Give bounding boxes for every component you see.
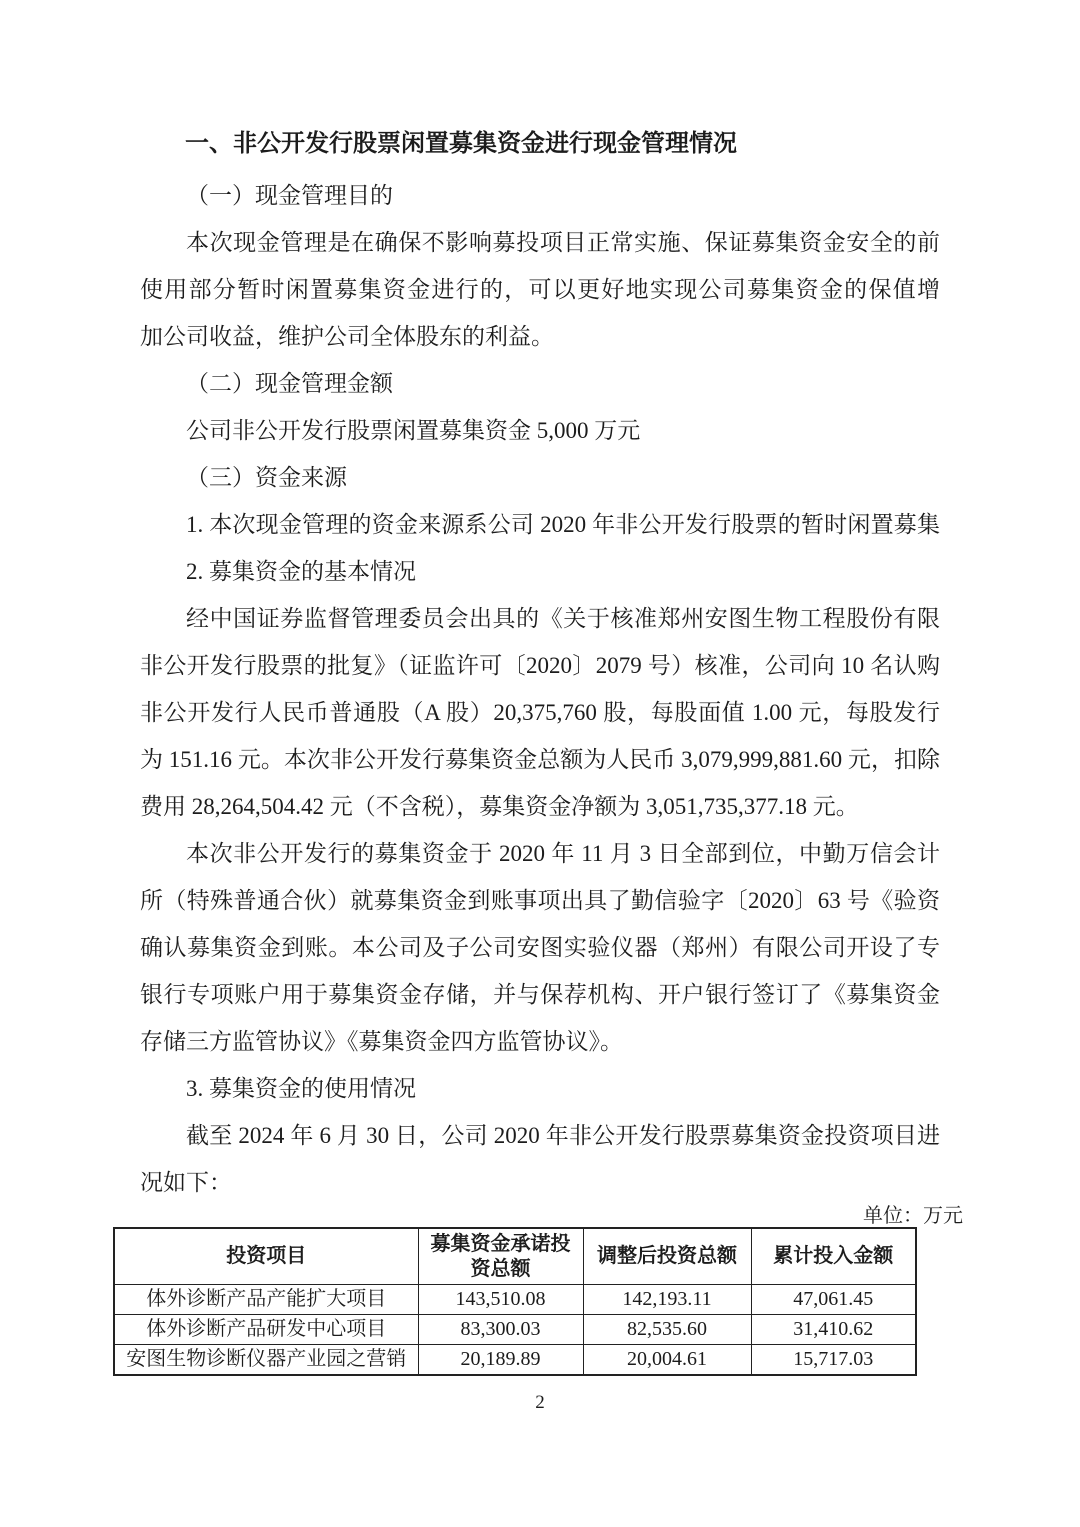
document-lines: （一）现金管理目的本次现金管理是在确保不影响募投项目正常实施、保证募集资金安全的… — [140, 172, 940, 1206]
table-cell: 15,717.03 — [751, 1345, 916, 1376]
body-line: （二）现金管理金额 — [140, 360, 940, 407]
table-row: 投资项目募集资金承诺投 资总额调整后投资总额累计投入金额 — [114, 1228, 916, 1285]
investment-progress-table: 投资项目募集资金承诺投 资总额调整后投资总额累计投入金额 体外诊断产品产能扩大项… — [113, 1227, 917, 1376]
body-line: 2. 募集资金的基本情况 — [140, 548, 940, 595]
table-cell: 体外诊断产品研发中心项目 — [114, 1315, 418, 1345]
page-number: 2 — [140, 1390, 940, 1416]
table-cell: 143,510.08 — [418, 1285, 583, 1315]
body-line: 存储三方监管协议》《募集资金四方监管协议》。 — [140, 1018, 940, 1065]
table-unit-label: 单位：万元 — [140, 1206, 963, 1227]
body-line: 银行专项账户用于募集资金存储，并与保荐机构、开户银行签订了《募集资金专户 — [140, 971, 940, 1018]
table-cell: 142,193.11 — [583, 1285, 751, 1315]
body-line: 本次现金管理是在确保不影响募投项目正常实施、保证募集资金安全的前提下 — [140, 219, 940, 266]
body-line: 公司非公开发行股票闲置募集资金 5,000 万元 — [140, 407, 940, 454]
table-cell: 安图生物诊断仪器产业园之营销 — [114, 1345, 418, 1376]
body-line: 使用部分暂时闲置募集资金进行的，可以更好地实现公司募集资金的保值增值，增 — [140, 266, 940, 313]
table-row: 体外诊断产品产能扩大项目143,510.08142,193.1147,061.4… — [114, 1285, 916, 1315]
body-line: （一）现金管理目的 — [140, 172, 940, 219]
table-header-cell: 募集资金承诺投 资总额 — [418, 1228, 583, 1285]
body-line: 为 151.16 元。本次非公开发行募集资金总额为人民币 3,079,999,8… — [140, 736, 940, 783]
body-line: 经中国证券监督管理委员会出具的《关于核准郑州安图生物工程股份有限公司 — [140, 595, 940, 642]
body-line: 非公开发行人民币普通股（A 股）20,375,760 股，每股面值 1.00 元… — [140, 689, 940, 736]
body-line: 1. 本次现金管理的资金来源系公司 2020 年非公开发行股票的暂时闲置募集资金… — [140, 501, 940, 548]
table-cell: 体外诊断产品产能扩大项目 — [114, 1285, 418, 1315]
table-cell: 20,004.61 — [583, 1345, 751, 1376]
table-cell: 82,535.60 — [583, 1315, 751, 1345]
table-header-cell: 累计投入金额 — [751, 1228, 916, 1285]
table-cell: 47,061.45 — [751, 1285, 916, 1315]
table-header-cell: 调整后投资总额 — [583, 1228, 751, 1285]
body-line: 3. 募集资金的使用情况 — [140, 1065, 940, 1112]
table-row: 体外诊断产品研发中心项目83,300.0382,535.6031,410.62 — [114, 1315, 916, 1345]
body-line: 况如下： — [140, 1159, 940, 1206]
body-line: 加公司收益，维护公司全体股东的利益。 — [140, 313, 940, 360]
body-line: 所（特殊普通合伙）就募集资金到账事项出具了勤信验字〔2020〕63 号《验资报告… — [140, 877, 940, 924]
body-line: 本次非公开发行的募集资金于 2020 年 11 月 3 日全部到位，中勤万信会计… — [140, 830, 940, 877]
table-header-cell: 投资项目 — [114, 1228, 418, 1285]
body-line: （三）资金来源 — [140, 454, 940, 501]
body-line: 非公开发行股票的批复》（证监许可〔2020〕2079 号）核准，公司向 10 名… — [140, 642, 940, 689]
table-header-row: 投资项目募集资金承诺投 资总额调整后投资总额累计投入金额 — [114, 1228, 916, 1285]
table-cell: 31,410.62 — [751, 1315, 916, 1345]
body-line: 截至 2024 年 6 月 30 日，公司 2020 年非公开发行股票募集资金投… — [140, 1112, 940, 1159]
table-cell: 20,189.89 — [418, 1345, 583, 1376]
table-row: 安图生物诊断仪器产业园之营销20,189.8920,004.6115,717.0… — [114, 1345, 916, 1376]
document-content: 一、非公开发行股票闲置募集资金进行现金管理情况 （一）现金管理目的本次现金管理是… — [0, 0, 1080, 1416]
table-cell: 83,300.03 — [418, 1315, 583, 1345]
body-line: 费用 28,264,504.42 元（不含税），募集资金净额为 3,051,73… — [140, 783, 940, 830]
document-page: 一、非公开发行股票闲置募集资金进行现金管理情况 （一）现金管理目的本次现金管理是… — [0, 0, 1080, 1527]
table-body: 体外诊断产品产能扩大项目143,510.08142,193.1147,061.4… — [114, 1285, 916, 1376]
section-title: 一、非公开发行股票闲置募集资金进行现金管理情况 — [140, 121, 940, 168]
body-line: 确认募集资金到账。本公司及子公司安图实验仪器（郑州）有限公司开设了专门的 — [140, 924, 940, 971]
